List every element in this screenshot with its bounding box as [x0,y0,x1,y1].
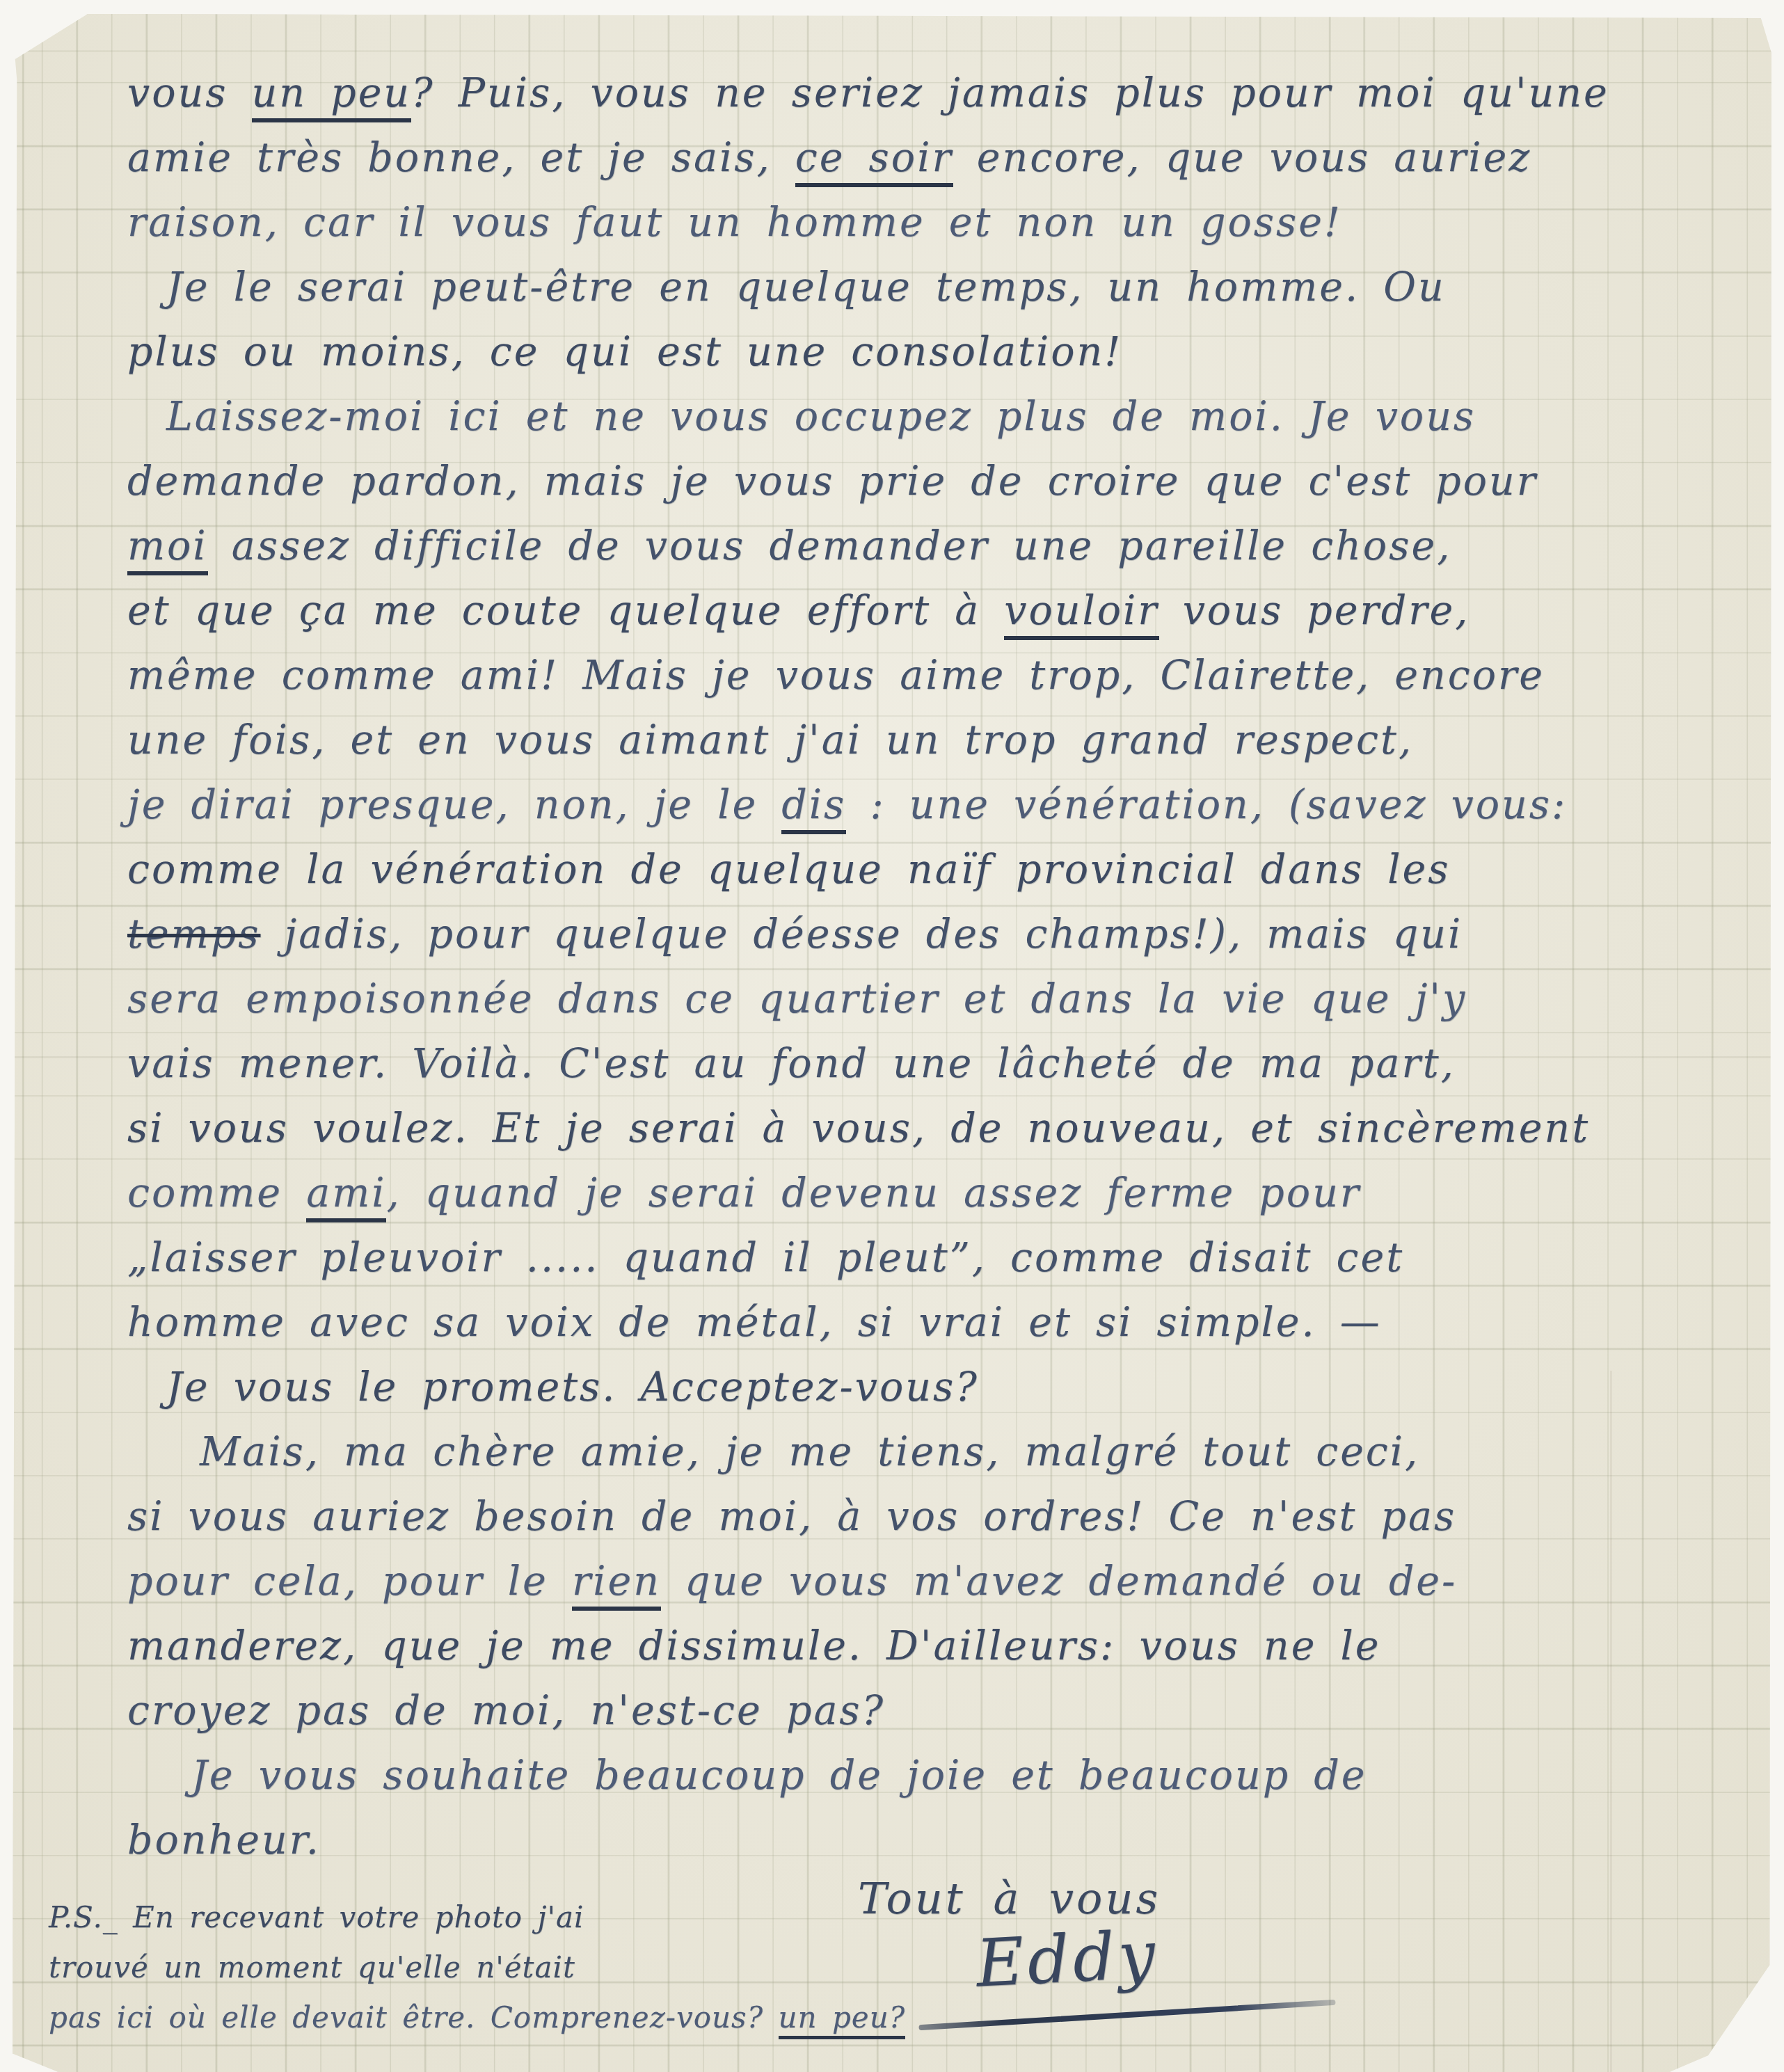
text-segment: et que ça me coute quelque effort à [127,588,1004,634]
text-segment: si vous auriez besoin de moi, à vos ordr… [127,1494,1456,1540]
letter-line-13: comme la vénération de quelque naïf prov… [127,838,1728,902]
underlined-phrase: dis [781,782,846,834]
text-segment: vous [127,70,252,116]
text-segment: comme [127,1170,306,1216]
text-segment: amie très bonne, et je sais, [127,135,795,181]
text-segment: : une vénération, (savez vous: [846,782,1567,828]
letter-line-24: pour cela, pour le rien que vous m'avez … [127,1549,1728,1614]
letter-body: vous un peu? Puis, vous ne seriez jamais… [127,61,1728,1873]
letter-line-16: vais mener. Voilà. C'est au fond une lâc… [127,1032,1728,1097]
letter-line-3: raison, car il vous faut un homme et non… [127,191,1728,255]
text-segment: comme la vénération de quelque naïf prov… [127,847,1451,893]
text-segment: assez difficile de vous demander une par… [208,523,1452,569]
underlined-phrase: rien [572,1559,661,1611]
text-segment: que vous m'avez demandé ou de- [661,1559,1457,1604]
letter-line-9: et que ça me coute quelque effort à voul… [127,579,1728,644]
ps-line-1: P.S._ En recevant votre photo j'ai [49,1892,1023,1943]
text-segment: Je vous souhaite beaucoup de joie et bea… [191,1753,1367,1799]
letter-line-1: vous un peu? Puis, vous ne seriez jamais… [127,61,1728,126]
text-segment: homme avec sa voix de métal, si vrai et … [127,1300,1382,1346]
ps-line-2: trouvé un moment qu'elle n'était [49,1943,1023,1993]
text-segment: si vous voulez. Et je serai à vous, de n… [127,1106,1590,1151]
underlined-phrase: un peu [252,70,411,122]
text-segment: ? Puis, vous ne seriez jamais plus pour … [411,70,1609,116]
text-segment: bonheur. [127,1817,321,1863]
underlined-phrase: vouloir [1004,588,1158,640]
letter-line-17: si vous voulez. Et je serai à vous, de n… [127,1097,1728,1161]
text-segment: Mais, ma chère amie, je me tiens, malgré… [200,1429,1419,1475]
letter-line-26: croyez pas de moi, n'est-ce pas? [127,1679,1728,1744]
letter-line-10: même comme ami! Mais je vous aime trop, … [127,644,1728,708]
text-segment: P.S._ En recevant votre photo j'ai [49,1900,584,1934]
letter-line-15: sera empoisonnée dans ce quartier et dan… [127,967,1728,1032]
letter-line-25: manderez, que je me dissimule. D'ailleur… [127,1614,1728,1679]
letter-line-6: Laissez-moi ici et ne vous occupez plus … [127,385,1728,449]
letter-line-21: Je vous le promets. Acceptez-vous? [127,1355,1728,1420]
text-segment: „laisser pleuvoir ..... quand il pleut”,… [127,1235,1404,1281]
text-segment: pour cela, pour le [127,1559,572,1604]
text-segment: même comme ami! Mais je vous aime trop, … [127,653,1545,699]
postscript: P.S._ En recevant votre photo j'aitrouvé… [49,1892,1023,2043]
underlined-phrase: moi [127,523,208,575]
text-segment: , quand je serai devenu assez ferme pour [386,1170,1361,1216]
text-segment: vous perdre, [1159,588,1470,634]
letter-line-22: Mais, ma chère amie, je me tiens, malgré… [127,1420,1728,1485]
underlined-phrase: ce soir [795,135,953,187]
text-segment: jadis, pour quelque déesse des champs!),… [260,911,1463,957]
text-segment: une fois, et en vous aimant j'ai un trop… [127,717,1413,763]
letter-line-5: plus ou moins, ce qui est une consolatio… [127,320,1728,385]
text-segment: Je le serai peut-être en quelque temps, … [166,264,1446,310]
scanned-letter-page: { "colors": { "bg": "#f7f6f2", "paper": … [0,0,1784,2072]
letter-line-23: si vous auriez besoin de moi, à vos ordr… [127,1485,1728,1549]
text-segment: manderez, que je me dissimule. D'ailleur… [127,1623,1381,1669]
letter-line-20: homme avec sa voix de métal, si vrai et … [127,1291,1728,1355]
text-segment: sera empoisonnée dans ce quartier et dan… [127,976,1467,1022]
letter-line-7: demande pardon, mais je vous prie de cro… [127,449,1728,514]
letter-line-11: une fois, et en vous aimant j'ai un trop… [127,708,1728,773]
text-segment: plus ou moins, ce qui est une consolatio… [127,329,1122,375]
letter-line-18: comme ami, quand je serai devenu assez f… [127,1161,1728,1226]
text-segment: vais mener. Voilà. C'est au fond une lâc… [127,1041,1456,1087]
letter-line-19: „laisser pleuvoir ..... quand il pleut”,… [127,1226,1728,1291]
underlined-phrase: un peu? [779,2000,906,2039]
letter-paper: vous un peu? Puis, vous ne seriez jamais… [13,14,1771,2072]
text-segment: raison, car il vous faut un homme et non… [127,200,1342,246]
text-segment: croyez pas de moi, n'est-ce pas? [127,1688,885,1734]
text-segment: pas ici où elle devait être. Comprenez-v… [49,2000,779,2034]
text-segment: je dirai presque, non, je le [127,782,781,828]
text-segment: Laissez-moi ici et ne vous occupez plus … [166,394,1476,440]
letter-line-27: Je vous souhaite beaucoup de joie et bea… [127,1744,1728,1808]
letter-line-28: bonheur. [127,1808,1728,1873]
letter-line-4: Je le serai peut-être en quelque temps, … [127,255,1728,320]
text-segment: encore, que vous auriez [953,135,1532,181]
text-segment: demande pardon, mais je vous prie de cro… [127,459,1538,504]
text-segment: trouvé un moment qu'elle n'était [49,1950,575,1984]
text-segment: Je vous le promets. Acceptez-vous? [166,1364,979,1410]
letter-line-2: amie très bonne, et je sais, ce soir enc… [127,126,1728,191]
letter-line-8: moi assez difficile de vous demander une… [127,514,1728,579]
struck-word: temps [127,911,260,957]
letter-line-14: temps jadis, pour quelque déesse des cha… [127,902,1728,967]
letter-line-12: je dirai presque, non, je le dis : une v… [127,773,1728,838]
underlined-phrase: ami [306,1170,386,1222]
ps-line-3: pas ici où elle devait être. Comprenez-v… [49,1993,1023,2043]
